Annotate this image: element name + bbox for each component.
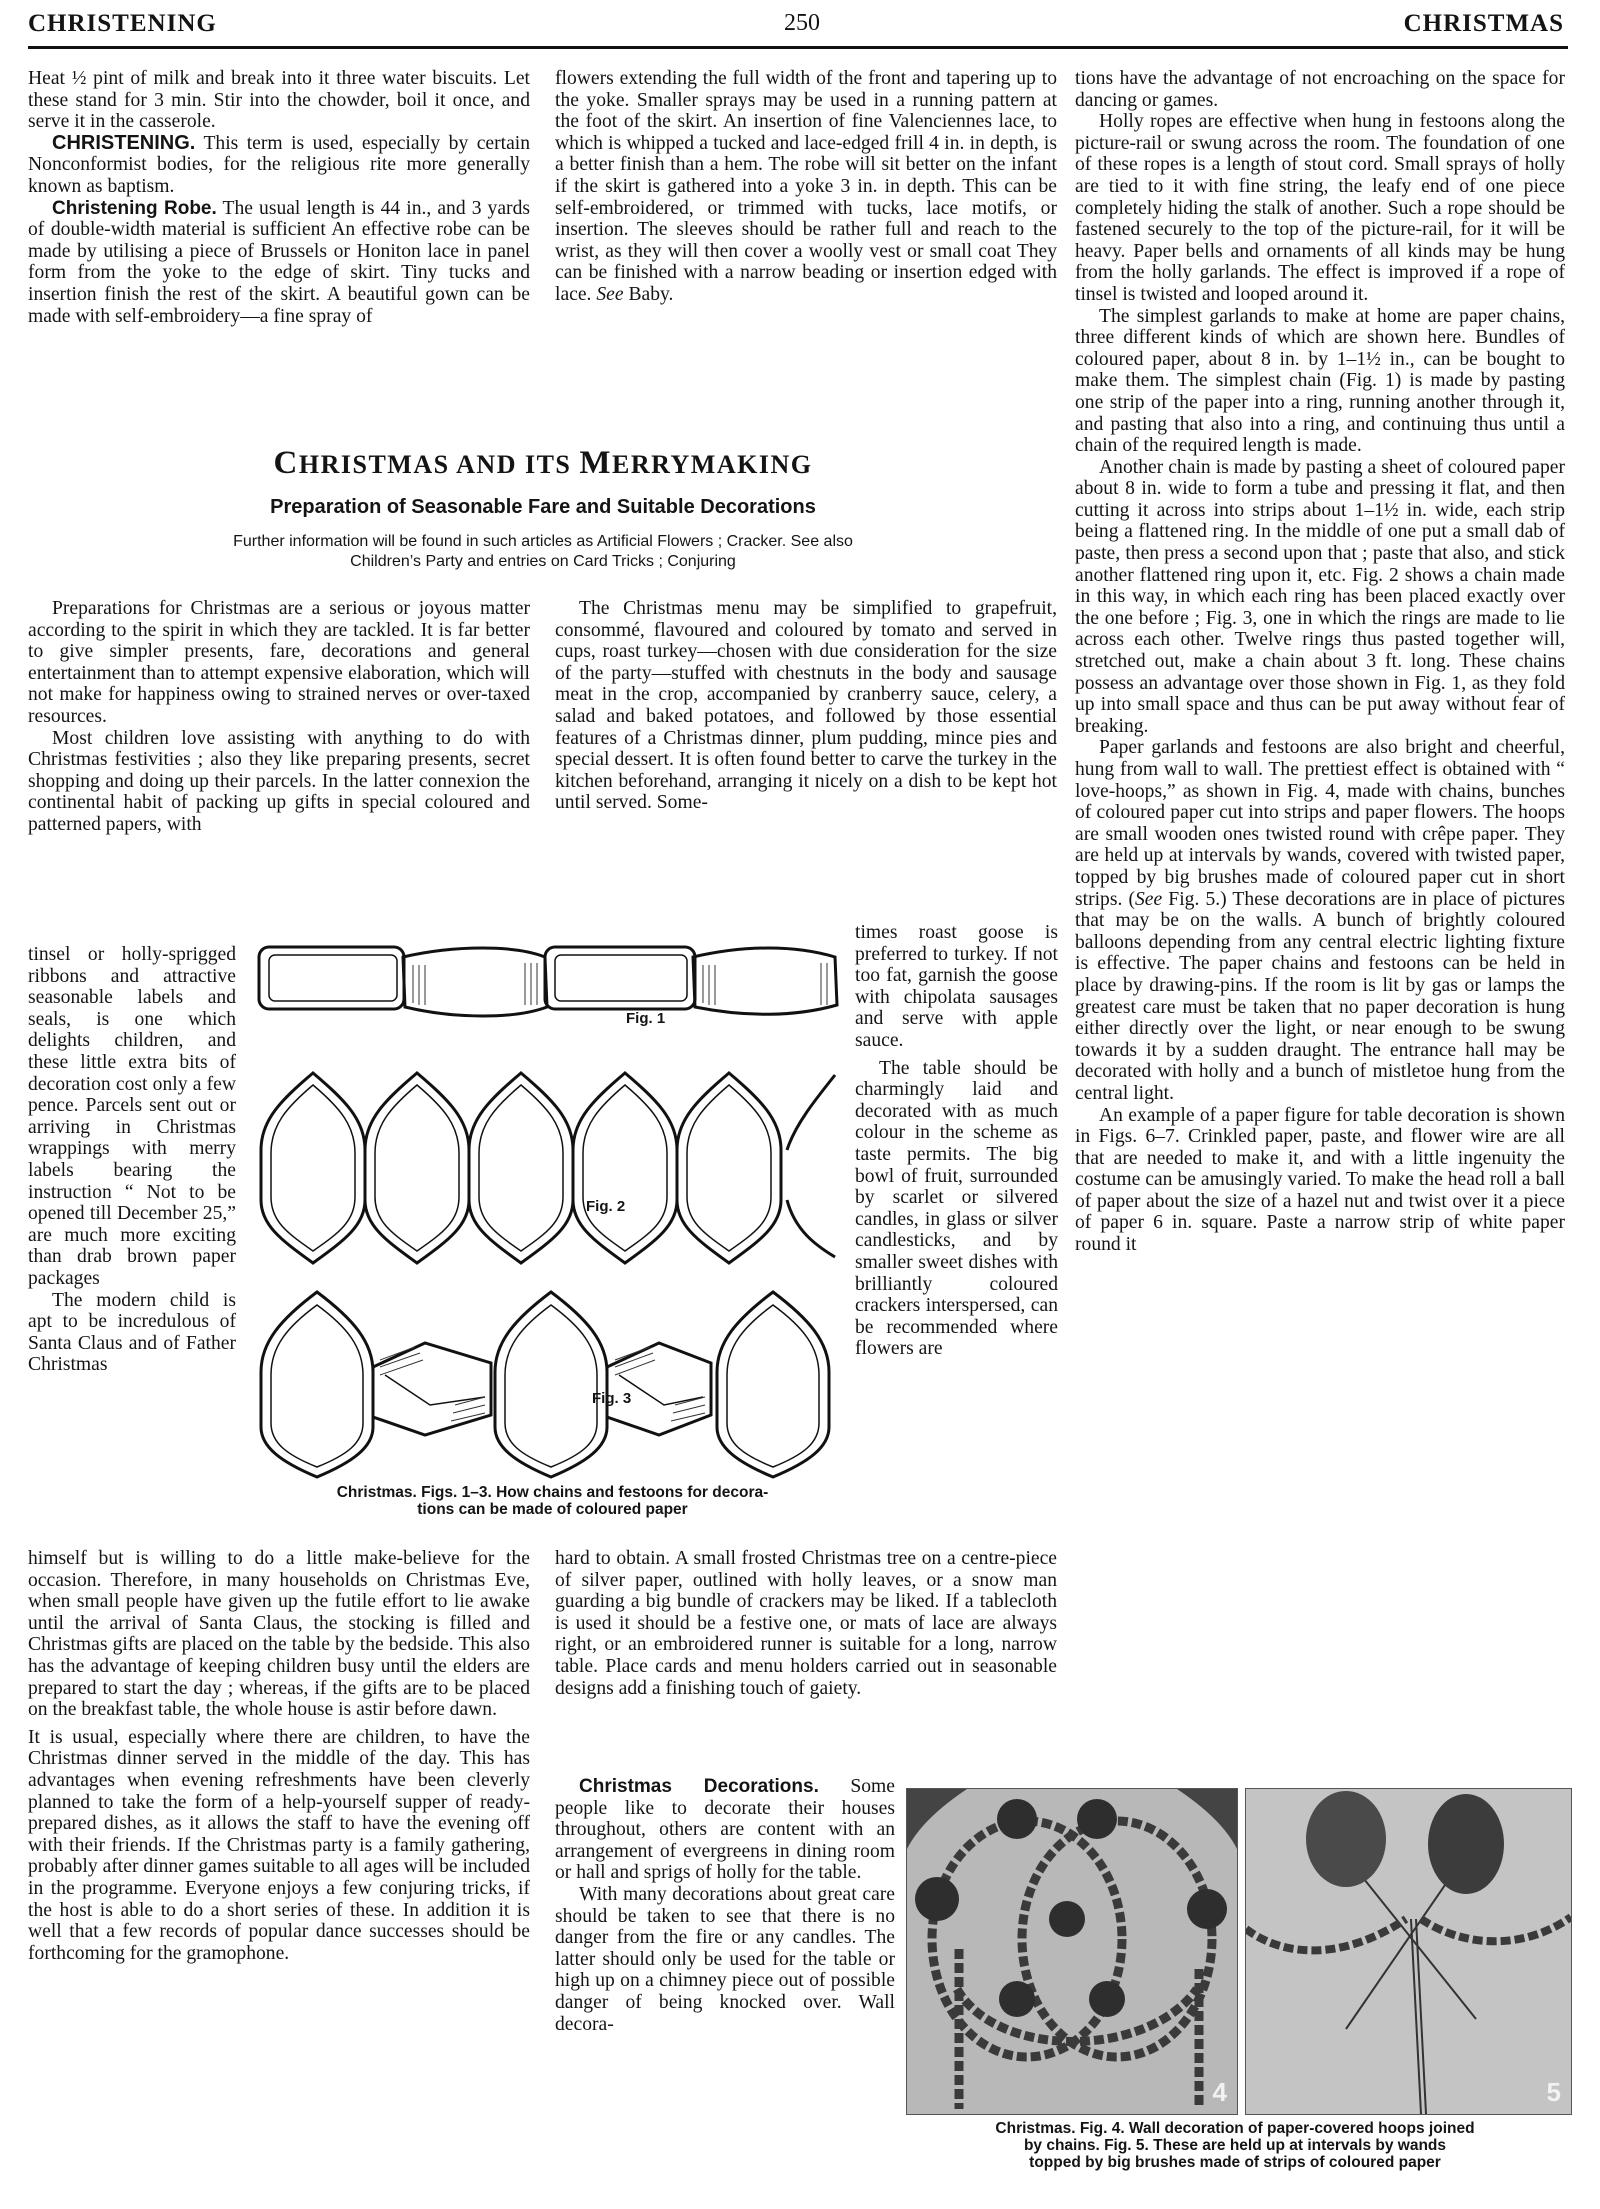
fig-3-label: Fig. 3 bbox=[592, 1390, 631, 1407]
running-head-right: CHRISTMAS bbox=[1404, 10, 1564, 38]
paragraph-modern-child: The modern child is apt to be incredulou… bbox=[28, 1290, 236, 1376]
note-line-2: Children’s Party and entries on Card Tri… bbox=[28, 552, 1058, 572]
paper-chain-drawing bbox=[255, 935, 845, 1480]
paragraph-flattened-ring-chains: Another chain is made by pasting a sheet… bbox=[1075, 457, 1565, 738]
caption-line-2: tions can be made of coloured paper bbox=[255, 1501, 850, 1518]
paragraph-christmas-menu: The Christmas menu may be simplified to … bbox=[555, 598, 1057, 814]
paragraph-wall-decorations-continued: tions have the advantage of not encroach… bbox=[1075, 68, 1565, 111]
paragraph-table-continued: hard to obtain. A small frosted Christma… bbox=[555, 1548, 1057, 1699]
paragraph-simple-paper-chains: The simplest garlands to make at home ar… bbox=[1075, 306, 1565, 457]
title-initial-m: M bbox=[579, 445, 612, 481]
paragraph-children-full: Most children love assisting with anythi… bbox=[28, 728, 530, 836]
cross-reference-note: Further information will be found in suc… bbox=[28, 532, 1058, 572]
column-1-bottom: himself but is willing to do a little ma… bbox=[28, 1548, 530, 1964]
paragraph-fire-safety: With many decorations about great care s… bbox=[555, 1884, 895, 2035]
paragraph-love-hoops: Paper garlands and festoons are also bri… bbox=[1075, 737, 1565, 1104]
column-2-top: The Christmas menu may be simplified to … bbox=[555, 598, 1057, 814]
fig-5-photo-wands: 5 bbox=[1245, 1788, 1572, 2115]
caption-line-1: Christmas. Figs. 1–3. How chains and fes… bbox=[255, 1484, 850, 1501]
christening-column-1: Heat ½ pint of milk and break into it th… bbox=[28, 68, 530, 327]
fig-4-number: 4 bbox=[1213, 2077, 1227, 2108]
note-line-1: Further information will be found in suc… bbox=[28, 532, 1058, 552]
running-head-left: CHRISTENING bbox=[28, 10, 217, 38]
column-3: tions have the advantage of not encroach… bbox=[1075, 68, 1565, 1256]
column-1-top: Preparations for Christmas are a serious… bbox=[28, 598, 530, 836]
article-subtitle: Preparation of Seasonable Fare and Suita… bbox=[28, 496, 1058, 519]
christening-robe-entry: Christening Robe. The usual length is 44… bbox=[28, 198, 530, 328]
christening-heading: CHRISTENING. bbox=[52, 132, 195, 154]
fig-2-label: Fig. 2 bbox=[586, 1198, 625, 1215]
chowder-continuation: Heat ½ pint of milk and break into it th… bbox=[28, 68, 530, 133]
caption-line-1: Christmas. Fig. 4. Wall decoration of pa… bbox=[900, 2120, 1570, 2137]
column-2-bottom: Christmas Decorations. Some people like … bbox=[555, 1776, 895, 2035]
see-also-label: See bbox=[596, 284, 623, 305]
see-label: See bbox=[1135, 889, 1162, 910]
caption-line-3: topped by big brushes made of strips of … bbox=[900, 2154, 1570, 2171]
love-hoops-text: Paper garlands and festoons are also bri… bbox=[1075, 737, 1565, 909]
robe-text-continued: flowers extending the full width of the … bbox=[555, 68, 1057, 305]
love-hoops-image bbox=[907, 1789, 1237, 2114]
caption-line-2: by chains. Fig. 5. These are held up at … bbox=[900, 2137, 1570, 2154]
christening-entry: CHRISTENING. This term is used, especial… bbox=[28, 133, 530, 198]
page-number: 250 bbox=[784, 10, 820, 37]
paragraph-holly-ropes: Holly ropes are effective when hung in f… bbox=[1075, 111, 1565, 305]
christmas-decorations-heading: Christmas Decorations. bbox=[579, 1776, 819, 1797]
christening-robe-heading: Christening Robe. bbox=[52, 198, 217, 219]
paragraph-children-narrow: tinsel or holly-sprigged ribbons and att… bbox=[28, 944, 236, 1290]
paragraph-table: The table should be charmingly laid and … bbox=[855, 1058, 1058, 1360]
figures-1-3-illustration bbox=[255, 935, 845, 1480]
fig-4-photo-love-hoops: 4 bbox=[906, 1788, 1238, 2115]
title-initial-c: C bbox=[274, 445, 299, 481]
fig-5-number: 5 bbox=[1547, 2077, 1561, 2108]
christening-column-2: flowers extending the full width of the … bbox=[555, 68, 1057, 306]
paragraph-dinner-timing: It is usual, especially where there are … bbox=[28, 1727, 530, 1965]
decorations-entry: Christmas Decorations. Some people like … bbox=[555, 1776, 895, 1884]
wands-and-brushes-image bbox=[1246, 1789, 1571, 2114]
paragraph-preparations: Preparations for Christmas are a serious… bbox=[28, 598, 530, 728]
paragraph-goose: times roast goose is preferred to turkey… bbox=[855, 922, 1058, 1052]
figures-1-3-caption: Christmas. Figs. 1–3. How chains and fes… bbox=[255, 1484, 850, 1518]
title-part-1: HRISTMAS AND ITS bbox=[299, 450, 580, 479]
figures-4-5-caption: Christmas. Fig. 4. Wall decoration of pa… bbox=[900, 2120, 1570, 2171]
title-part-2: ERRYMAKING bbox=[612, 450, 812, 479]
see-baby-link[interactable]: Baby. bbox=[628, 284, 673, 305]
love-hoops-text-continued: Fig. 5.) These decorations are in place … bbox=[1075, 889, 1565, 1104]
column-2-mid: hard to obtain. A small frosted Christma… bbox=[555, 1548, 1057, 1699]
fig-1-label: Fig. 1 bbox=[626, 1010, 665, 1027]
paragraph-paper-figure: An example of a paper figure for table d… bbox=[1075, 1105, 1565, 1256]
header-rule bbox=[28, 46, 1568, 49]
column-2-narrow: times roast goose is preferred to turkey… bbox=[855, 922, 1058, 1360]
christening-robe-continued: flowers extending the full width of the … bbox=[555, 68, 1057, 306]
paragraph-modern-child-continued: himself but is willing to do a little ma… bbox=[28, 1548, 530, 1721]
column-1-narrow: tinsel or holly-sprigged ribbons and att… bbox=[28, 944, 236, 1376]
article-title: CHRISTMAS AND ITS MERRYMAKING bbox=[28, 445, 1058, 482]
